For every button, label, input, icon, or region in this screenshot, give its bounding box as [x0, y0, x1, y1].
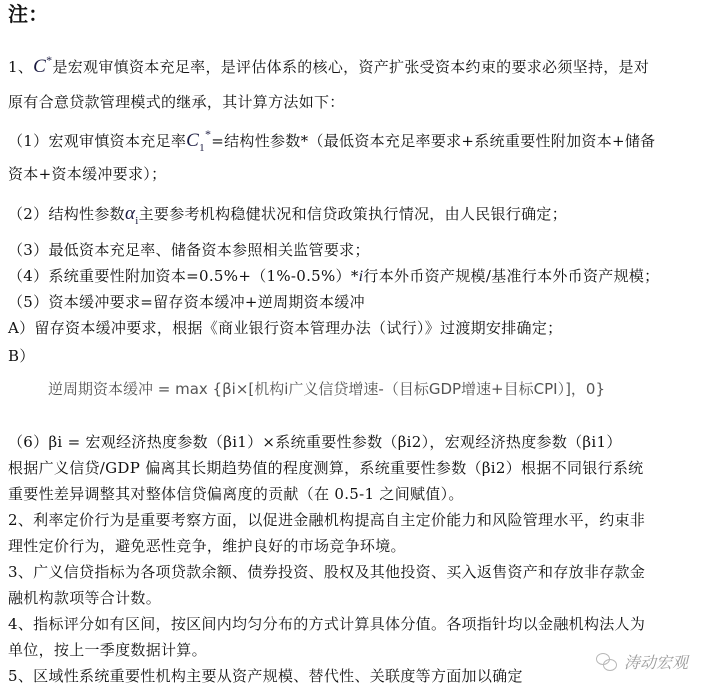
watermark: 涛动宏观	[596, 650, 688, 673]
note-4-line-1: 4、指标评分如有区间，按区间内均匀分布的方式计算具体分值。各项指针均以金融机构法…	[8, 614, 645, 634]
item-1-line-2: 资本+资本缓冲要求）；	[8, 164, 166, 184]
alpha-i-symbol: αi	[125, 203, 139, 224]
text: 是宏观审慎资本充足率，是评估体系的核心，资产扩张受资本约束的要求必须坚持，是对	[52, 58, 649, 76]
text: （1）宏观审慎资本充足率	[8, 132, 186, 150]
text: =结构性参数*（最低资本充足率要求+系统重要性附加资本+储备	[211, 132, 655, 150]
item-a: A）留存资本缓冲要求，根据《商业银行资本管理办法（试行）》过渡期安排确定；	[8, 318, 562, 338]
item-6-line-1: （6）βi = 宏观经济热度参数（βi1）×系统重要性参数（βi2），宏观经济热…	[8, 432, 622, 452]
text: （2）结构性参数	[8, 205, 125, 223]
note-2-line-1: 2、利率定价行为是重要考察方面，以促进金融机构提高自主定价能力和风险管理水平，约…	[8, 510, 645, 530]
item-6-line-3: 重要性差异调整其对整体信贷偏离度的贡献（在 0.5-1 之间赋值）。	[8, 484, 464, 504]
note-2-line-2: 理性定价行为，避免恶性竞争，维护良好的市场竞争环境。	[8, 536, 406, 556]
item-6-line-2: 根据广义信贷/GDP 偏离其长期趋势值的程度测算，系统重要性参数（βi2）根据不…	[8, 458, 643, 478]
note-5: 5、区域性系统重要性机构主要从资产规模、替代性、关联度等方面加以确定	[8, 666, 523, 686]
c-star-symbol: C*	[33, 56, 52, 77]
item-2: （2）结构性参数αi主要参考机构稳健状况和信贷政策执行情况，由人民银行确定；	[8, 204, 567, 231]
note-1-line-1: 1、C*是宏观审慎资本充足率，是评估体系的核心，资产扩张受资本约束的要求必须坚持…	[8, 50, 649, 77]
c1-star-symbol: C1*	[186, 130, 211, 151]
item-5: （5）资本缓冲要求=留存资本缓冲+逆周期资本缓冲	[8, 292, 365, 312]
note-3-line-1: 3、广义信贷指标为各项贷款余额、债券投资、股权及其他投资、买入返售资产和存放非存…	[8, 562, 645, 582]
text: 行本外币资产规模/基准行本外币资产规模；	[363, 267, 659, 285]
item-b: B）	[8, 346, 35, 366]
note-1-line-2: 原有合意贷款管理模式的继承，其计算方法如下：	[8, 92, 345, 112]
note-3-line-2: 融机构款项等合计数。	[8, 588, 161, 608]
watermark-text: 涛动宏观	[624, 650, 688, 673]
text: 1、	[8, 58, 33, 76]
text: 主要参考机构稳健状况和信贷政策执行情况，由人民银行确定；	[139, 205, 567, 223]
notes-title: 注：	[8, 4, 49, 24]
item-4: （4）系统重要性附加资本=0.5%+（1%-0.5%）*i行本外币资产规模/基准…	[8, 266, 659, 287]
wechat-icon	[596, 653, 618, 671]
item-3: （3）最低资本充足率、储备资本参照相关监管要求；	[8, 240, 370, 260]
note-4-line-2: 单位，按上一季度数据计算。	[8, 640, 207, 660]
item-1-line-1: （1）宏观审慎资本充足率C1*=结构性参数*（最低资本充足率要求+系统重要性附加…	[8, 124, 655, 158]
text: （4）系统重要性附加资本=0.5%+（1%-0.5%）*	[8, 267, 359, 285]
countercyclical-buffer-formula: 逆周期资本缓冲 = max {βi×[机构i广义信贷增速-（目标GDP增速+目标…	[48, 378, 605, 399]
